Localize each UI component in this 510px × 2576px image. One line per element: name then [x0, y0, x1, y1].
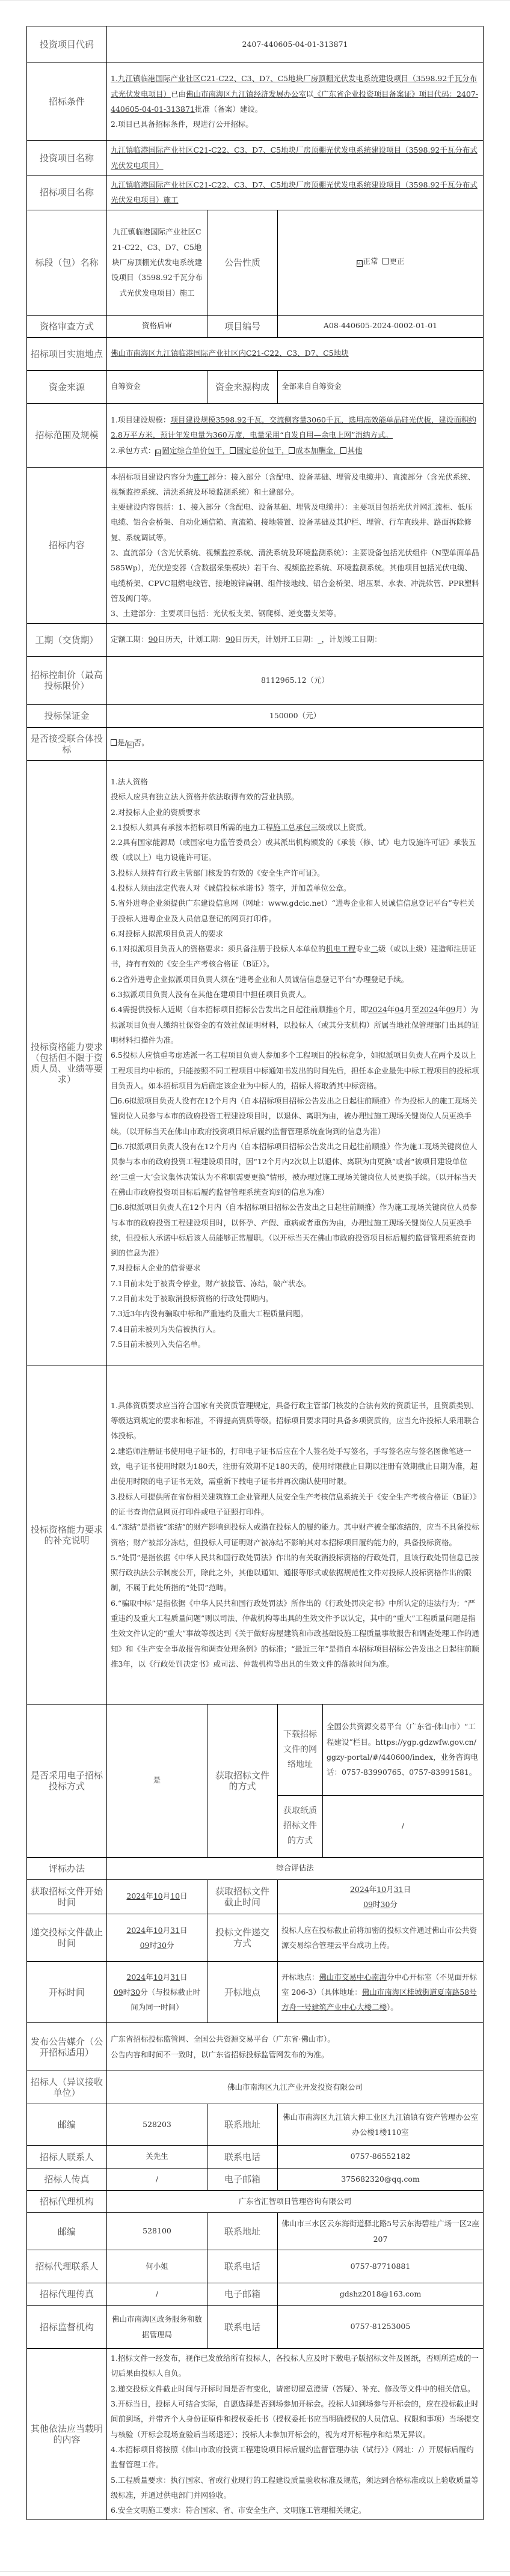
text: 级或以上资质。 [318, 823, 371, 832]
text: 7.4目前未被列为失信被执行人。 [111, 1322, 479, 1337]
row-scope: 招标范围及规模 1.项目建设规模：项目建设规模3598.92千瓦，交流侧容量30… [27, 403, 484, 467]
text: 2.对投标人企业的资质要求 [111, 805, 479, 820]
phone-value: 0757-81253005 [278, 2306, 484, 2349]
checkbox-other[interactable] [340, 447, 346, 454]
evaluation-value: 综合评估法 [107, 1857, 484, 1879]
funding-composition-value: 全部来自自筹资金 [278, 370, 484, 403]
label: 项目编号 [207, 315, 278, 337]
option-label: 固定综合单价包干， [162, 446, 230, 455]
text-line: 2.1投标人须具有承接本招标项目所需的电力工程施工总承包三级或以上资质。 [111, 820, 479, 835]
text: 6.7拟派项目负责人没有在12个月内（自本招标项目招标公告发出之日起往前顺推）作… [111, 1142, 477, 1197]
row-submission: 递交投标文件截止时间 2024年10月31日09时30分 投标文件递交方式 投标… [27, 1914, 484, 1962]
checkbox-normal[interactable]: ☑ [357, 260, 363, 267]
label: 评标办法 [27, 1857, 107, 1879]
label: 标段（包）名称 [27, 210, 107, 315]
text: 主要建设内容包括：1、接入部分（含配电、设备基础、埋管及电缆井）：主要项目包括光… [111, 499, 479, 545]
text: 6.“骗取中标”是指依据《中华人民共和国行政处罚法》所作出的《行政处罚决定书》中… [111, 1596, 479, 1671]
label: 获取招标文件截止时间 [207, 1879, 278, 1914]
tender-conditions-value: 1.九江镇临港国际产业社区C21-C22、C3、D7、C5地块厂房顶棚光伏发电系… [107, 63, 484, 141]
label: 联系地址 [207, 2213, 278, 2250]
option-label: 其他 [347, 446, 362, 455]
text: 个月，即 [338, 1005, 368, 1014]
text: 施工总承包三 [273, 823, 318, 832]
label: 招标人（异议接收单位） [27, 2071, 107, 2104]
submission-deadline: 2024年10月31日09时30分 [107, 1914, 207, 1962]
media-value: 广东省招标投标监管网、全国公共资源交易平台（广东省·佛山市）。 公告内容和时间不… [107, 2023, 484, 2071]
text: 10 [153, 1973, 163, 1982]
label: 开标时间 [27, 1962, 107, 2023]
label: 联系地址 [207, 2104, 278, 2146]
text: 10 [170, 1891, 180, 1900]
text: 6.6拟派项目负责人没有在12个月内（自本招标项目招标公告发出之日起往前顺推）作… [111, 1096, 477, 1136]
row-control-price: 招标控制价（最高投标限价） 8112965.12（元） [27, 656, 484, 704]
label: 招标范围及规模 [27, 403, 107, 467]
other-value: 1.招标文件一经发布，视作已发放给所有投标人，各投标人应及时下载电子版招标文件及… [107, 2349, 484, 2520]
postcode-value: 528100 [107, 2213, 207, 2250]
text: 5.工程质量要求：执行国家、省或行业现行的工程建设质量验收标准及规范，须达到合格… [111, 2473, 479, 2503]
row-media: 发布公告媒介（公开招标适用） 广东省招标投标监管网、全国公共资源交易平台（广东省… [27, 2023, 484, 2071]
option-label: 更正 [389, 257, 404, 266]
text: 4.投标人须由法定代表人对《诚信投标承诺书》签字，并加盖单位公章。 [111, 881, 479, 896]
electronic-value: 是 [107, 1704, 207, 1857]
row-consortium: 是否接受联合体投标 是/☑否。 [27, 727, 484, 760]
bid-bond-value: 150000（元） [107, 704, 484, 727]
text: 4.“冻结”是指被“冻结”的财产影响到投标人或潜在投标人的履约能力。其中财产被全… [111, 1519, 479, 1550]
text: ，计划竣工日期： [322, 635, 382, 644]
text: ）。 [387, 2003, 398, 2012]
text-line: 6.8拟派项目负责人在12个月内（自本招标项目招标公告发出之日起往前顺推）作为施… [111, 1200, 479, 1260]
text: 3.投标人须持有行政主管部门核发的有效的《安全生产许可证》。 [111, 865, 479, 881]
text: 90 [149, 635, 158, 644]
row-bid-bond: 投标保证金 150000（元） [27, 704, 484, 727]
text: 3、土建部分：主要项目包括：光伏板支架、钢爬梯、逆变器支架等。 [111, 606, 479, 621]
text: 机电工程 [325, 944, 355, 953]
bottom-divider [0, 2571, 510, 2572]
opening-time: 2024年10月31日09时30分（与投标截止时间为同一时间） [107, 1962, 207, 2023]
row-tenderer-contact: 招标人联系人 关先生 联系电话 0757-86552182 [27, 2146, 484, 2169]
row-qualification-notes: 投标资格能力要求的补充说明 1.具体资质要求应当符合国家有关资质管理规定，具备行… [27, 1366, 484, 1704]
text: 2024 [350, 1885, 369, 1894]
contract-mode-line: 2.承包方式：☑固定综合单价包干，固定总价包干，成本加酬金，其他 [111, 443, 479, 458]
text: 本招标项目建设内容分为 [111, 472, 194, 481]
text: 31 [394, 1885, 404, 1894]
download-address-value[interactable]: 全国公共资源交易平台（广东省·佛山市）“工程建设”栏目。https://ygp.… [323, 1704, 484, 1795]
label: 资金来源构成 [207, 370, 278, 403]
contract-options: ☑固定综合单价包干，固定总价包干，成本加酬金，其他 [155, 446, 362, 455]
row-other: 其他依法应当载明的内容 1.招标文件一经发布，视作已发放给所有投标人，各投标人应… [27, 2349, 484, 2520]
label: 投资项目代码 [27, 26, 107, 63]
row-doc-time: 获取招标文件开始时间 2024年10月10日 获取招标文件截止时间 2024年1… [27, 1879, 484, 1914]
row-qualification: 投标资格能力要求（包括但不限于资质人员、业绩等要求） 1.法人资格 投标人应具有… [27, 760, 484, 1366]
text: 1.项目建设规模： [111, 415, 170, 424]
text: 04 [395, 1005, 404, 1014]
text-line: 6.1对拟派项目负责人的资格要求：须具备注册于投标人本单位的机电工程专业二级（或… [111, 941, 479, 972]
label: 邮编 [27, 2104, 107, 2146]
text: 6 [333, 1005, 338, 1014]
row-duration: 工期（交货期） 定额工期：90日历天，计划工期：90日历天，计划开工日期：_，计… [27, 623, 484, 656]
row-tender-project-name: 招标项目名称 九江镇临港国际产业社区C21-C22、C3、D7、C5地块厂房顶棚… [27, 175, 484, 210]
label: 招标项目名称 [27, 175, 107, 210]
row-agency-contact: 招标代理联系人 何小姐 联系电话 0757-87710881 [27, 2250, 484, 2283]
phone-value: 0757-86552182 [278, 2146, 484, 2169]
content-value: 本招标项目建设内容分为施工部分：接入部分（含配电、设备基础、埋管及电缆井）、直流… [107, 467, 484, 623]
text: 2.2具有国家能源局（或国家电力监管委员会）或其派出机构颁发的《承装（修、试）电… [111, 835, 479, 865]
text: 10 [153, 1891, 163, 1900]
row-evaluation: 评标办法 综合评估法 [27, 1857, 484, 1879]
option-label: 固定总价包干， [236, 446, 289, 455]
label: 投标资格能力要求（包括但不限于资质人员、业绩等要求） [27, 760, 107, 1366]
paper-method-value: / [323, 1795, 484, 1857]
text: 专业 [355, 944, 370, 953]
text: 2024 [126, 1891, 146, 1900]
text: 佛山市南海区九江镇经济发展办公室 [186, 90, 306, 99]
text: 以 [306, 90, 314, 99]
label: 工期（交货期） [27, 623, 107, 656]
tender-project-name-value: 九江镇临港国际产业社区C21-C22、C3、D7、C5地块厂房顶棚光伏发电系统建… [111, 180, 478, 204]
text: 佛山市交易中心 [319, 1973, 372, 1982]
text: 批准（备案）建设。 [195, 105, 263, 114]
row-supervisor: 招标监督机构 佛山市南海区政务服务和数据管理局 联系电话 0757-812530… [27, 2306, 484, 2349]
text: 31 [170, 1973, 180, 1982]
text: 4.本招标项目将按照《佛山市政府投资工程建设项目标后履约监督管理办法（试行）》（… [111, 2442, 479, 2473]
label: 招标代理传真 [27, 2283, 107, 2306]
doc-end-time: 2024年10月31日09时30分 [278, 1879, 484, 1914]
text: 6.1对拟派项目负责人的资格要求：须具备注册于投标人本单位的 [111, 944, 325, 953]
text: 09 [140, 1941, 150, 1950]
notice-nature-options: ☑正常 更正 [278, 210, 484, 315]
text: 30 [131, 1988, 140, 1997]
text: 7.1目前未处于被责令停业，财产被接管、冻结，破产状态。 [111, 1276, 479, 1291]
row-investment-project-name: 投资项目名称 九江镇临港国际产业社区C21-C22、C3、D7、C5地块厂房顶棚… [27, 141, 484, 175]
text: 1.具体资质要求应当符合国家有关资质管理规定，具备行政主管部门核发的合法有效的资… [111, 1398, 479, 1444]
text: 已由 [171, 90, 186, 99]
label: 招标控制价（最高投标限价） [27, 656, 107, 704]
text: 日历天，计划工期： [158, 635, 226, 644]
row-agency: 招标代理机构 广东省汇智项目管理咨询有限公司 [27, 2191, 484, 2213]
qualification-notes-value: 1.具体资质要求应当符合国家有关资质管理规定，具备行政主管部门核发的合法有效的资… [107, 1366, 484, 1704]
row-electronic-download: 是否采用电子招标投标方式 是 获取招标文件的方式 下载招标文件的网络地址 全国公… [27, 1704, 484, 1795]
text: 6.5投标人应慎重考虑选派一名工程项目负责人参加多个工程项目的投标竞争，如拟派项… [111, 1048, 479, 1093]
text: 10 [153, 1926, 163, 1935]
row-tenderer: 招标人（异议接收单位） 佛山市南海区九江产业开发投资有限公司 [27, 2071, 484, 2104]
text: 7.5目前未被列入失信名单。 [111, 1337, 479, 1352]
tender-project-name-cell: 九江镇临港国际产业社区C21-C22、C3、D7、C5地块厂房顶棚光伏发电系统建… [107, 175, 484, 210]
row-agency-post: 邮编 528100 联系地址 佛山市三水区云东海街道驿北路5号云东海碧桂广场一区… [27, 2213, 484, 2250]
text: 7.对投标人企业的信誉要求 [111, 1260, 479, 1275]
checkbox-fixed-total-price[interactable] [230, 447, 236, 454]
option-label: 否。 [134, 738, 149, 747]
text: 2、直流部分（含光伏系统、视频监控系统、清洗系统及环境监测系统）：主要设备包括光… [111, 545, 479, 606]
checkbox-6-8[interactable] [111, 1204, 117, 1210]
fax-value: / [107, 2169, 207, 2191]
row-tender-conditions: 招标条件 1.九江镇临港国际产业社区C21-C22、C3、D7、C5地块厂房顶棚… [27, 63, 484, 141]
opening-place-value: 开标地点：佛山市交易中心南海分中心开标室（不见面开标室 206-3）（具体地址：… [278, 1962, 484, 2023]
text: 施工 [194, 472, 209, 481]
text: 6.3拟派项目负责人没有在其他在建项目中担任项目负责人。 [111, 987, 479, 1002]
label: 招标代理机构 [27, 2191, 107, 2213]
text: 2024 [126, 1926, 146, 1935]
duration-value: 定额工期：90日历天，计划工期：90日历天，计划开工日期：_，计划竣工日期： [107, 623, 484, 656]
label: 招标项目实施地点 [27, 337, 107, 370]
doc-start-time: 2024年10月10日 [107, 1879, 207, 1914]
text: 月至 [404, 1005, 419, 1014]
text: 2.承包方式： [111, 446, 155, 455]
location-cell: 佛山市南海区九江镇临港国际产业社区内C21-C22、C3、D7、C5地块 [107, 337, 484, 370]
label: 电子邮箱 [207, 2169, 278, 2191]
project-number-value: A08-440605-2024-0002-01-01 [278, 315, 484, 337]
text: 3.投标人可提供所在省份相关建筑施工企业管理人员安全生产考核信息系统关于《安全生… [111, 1489, 479, 1520]
top-divider [0, 0, 510, 1]
text: 6.安全文明施工要求：符合国家、省、市安全生产、文明施工管理相关规定。 [111, 2503, 479, 2518]
label: 投标保证金 [27, 704, 107, 727]
text: 1.招标文件一经发布，视作已发放给所有投标人，各投标人应及时下载电子版招标文件及… [111, 2351, 479, 2381]
label: 资金来源 [27, 370, 107, 403]
text: 5.省外进粤企业须提供广东建设信息网（网址：www.gdcic.net）“进粤企… [111, 896, 479, 926]
row-opening: 开标时间 2024年10月31日09时30分（与投标截止时间为同一时间） 开标地… [27, 1962, 484, 2023]
label: 资格审查方式 [27, 315, 107, 337]
text: 定额工期： [111, 635, 149, 644]
text: 2024 [419, 1005, 438, 1014]
label: 获取纸质招标文件的方式 [278, 1795, 323, 1857]
email-value[interactable]: gdshz2018@163.com [278, 2283, 484, 2306]
location-value: 佛山市南海区九江镇临港国际产业社区内C21-C22、C3、D7、C5地块 [111, 349, 349, 358]
label: 招标代理联系人 [27, 2250, 107, 2283]
text: 6.对投标人拟派项目负责人的要求 [111, 926, 479, 941]
text-line: 6.7拟派项目负责人没有在12个月内（自本招标项目招标公告发出之日起往前顺推）作… [111, 1139, 479, 1200]
row-tenderer-fax: 招标人传真 / 电子邮箱 375682320@qq.com [27, 2169, 484, 2191]
text: 2.1投标人须具有承接本招标项目所需的 [111, 823, 243, 832]
contact-value: 何小姐 [107, 2250, 207, 2283]
lot-name-value: 九江镇临港国际产业社区C21-C22、C3、D7、C5地块厂房顶棚光伏发电系统建… [107, 210, 207, 315]
text: 6.2省外进粤企业拟派项目负责人须在“进粤企业和人员诚信信息登记平台”办理登记手… [111, 972, 479, 987]
text: 日历天，计划开工日期： [235, 635, 318, 644]
text: 6.8拟派项目负责人在12个月内（自本招标项目招标公告发出之日起往前顺推）作为施… [111, 1203, 477, 1257]
row-lot-name: 标段（包）名称 九江镇临港国际产业社区C21-C22、C3、D7、C5地块厂房顶… [27, 210, 484, 315]
text: 开标地点： [281, 1973, 319, 1982]
label: 投标文件递交方式 [207, 1914, 278, 1962]
label: 招标内容 [27, 467, 107, 623]
label: 获取招标文件开始时间 [27, 1879, 107, 1914]
text: 2.项目已具备招标条件，现进行公开招标。 [111, 117, 479, 132]
text: 10 [376, 1885, 386, 1894]
agency-value: 广东省汇智项目管理咨询有限公司 [107, 2191, 484, 2213]
text: 广东省招标投标监管网、全国公共资源交易平台（广东省·佛山市）。 [111, 2031, 479, 2046]
text: 电力 [243, 823, 258, 832]
label: 投资项目名称 [27, 141, 107, 175]
label: 获取招标文件的方式 [207, 1704, 278, 1857]
text: 6.4需提供投标人近期（自本招标项目招标公告发出之日起往前顺推 [111, 1005, 333, 1014]
postcode-value: 528203 [107, 2104, 207, 2146]
text: 二 [370, 944, 378, 953]
text: 09 [114, 1988, 123, 1997]
text: 2.递交投标文件截止时间与开标时间是否有变化，请密切留意澄清（答疑）、补充、修改… [111, 2381, 479, 2396]
label: 联系电话 [207, 2250, 278, 2283]
row-tenderer-post: 邮编 528203 联系地址 佛山市南海区九江镇大伸工业区九江镇镇有资产管理办公… [27, 2104, 484, 2146]
text: 1.法人资格 [111, 774, 479, 789]
label: 是否接受联合体投标 [27, 727, 107, 760]
label: 招标人传真 [27, 2169, 107, 2191]
text: 7.2目前未处于被取消投标资格的行政处罚期内。 [111, 1291, 479, 1306]
text: 年 [387, 1005, 395, 1014]
option-label: 成本加酬金， [295, 446, 340, 455]
label: 下载招标文件的网络地址 [278, 1704, 323, 1795]
text: 5.“处罚”是指依据《中华人民共和国行政处罚法》作出的有关取消投标资格的行政处罚… [111, 1550, 479, 1596]
label: 电子邮箱 [207, 2283, 278, 2306]
label: 开标地点 [207, 1962, 278, 2023]
text: 30 [157, 1941, 167, 1950]
text: 09 [363, 1900, 373, 1909]
tender-notice-table: 投资项目代码 2407-440605-04-01-313871 招标条件 1.九… [26, 26, 484, 2520]
checkbox-cost-plus[interactable] [289, 447, 295, 454]
text: 2024 [126, 1973, 146, 1982]
consortium-options: 是/☑否。 [107, 727, 484, 760]
option-label: 是/ [117, 738, 127, 747]
text-line: 6.4需提供投标人近期（自本招标项目招标公告发出之日起往前顺推6个月，即2024… [111, 1002, 479, 1048]
checkbox-no[interactable]: ☑ [127, 742, 134, 748]
text: 投标人应具有独立法人资格并依法取得有效的营业执照。 [111, 789, 479, 804]
supervisor-value: 佛山市南海区政务服务和数据管理局 [107, 2306, 207, 2349]
text: 7.3近3年内没有骗取中标和严重违约及重大工程质量问题。 [111, 1306, 479, 1321]
label: 招标监督机构 [27, 2306, 107, 2349]
row-location: 招标项目实施地点 佛山市南海区九江镇临港国际产业社区内C21-C22、C3、D7… [27, 337, 484, 370]
text: 年 [438, 1005, 446, 1014]
label: 联系电话 [207, 2146, 278, 2169]
label: 联系电话 [207, 2306, 278, 2349]
row-qualification-review: 资格审查方式 资格后审 项目编号 A08-440605-2024-0002-01… [27, 315, 484, 337]
checkbox-6-7[interactable] [111, 1143, 117, 1150]
text: 30 [381, 1900, 390, 1909]
row-funding: 资金来源 自筹资金 资金来源构成 全部来自自筹资金 [27, 370, 484, 403]
fax-value: / [107, 2283, 207, 2306]
investment-project-name-value: 九江镇临港国际产业社区C21-C22、C3、D7、C5地块厂房顶棚光伏发电系统建… [111, 145, 478, 169]
text: 工程 [258, 823, 273, 832]
label: 发布公告媒介（公开招标适用） [27, 2023, 107, 2071]
email-value[interactable]: 375682320@qq.com [278, 2169, 484, 2191]
address-value: 佛山市三水区云东海街道驿北路5号云东海碧桂广场一区2座207 [278, 2213, 484, 2250]
text: 3.开标当日，投标人可结合实际，自愿选择是否到场参加开标会。投标人如到场参与开标… [111, 2396, 479, 2442]
text: 2024 [368, 1005, 387, 1014]
option-label: 正常 [363, 257, 378, 266]
contact-value: 关先生 [107, 2146, 207, 2169]
control-price-value: 8112965.12（元） [107, 656, 484, 704]
address-value: 佛山市南海区九江镇大伸工业区九江镇镇有资产管理办公室办公楼1楼110室 [278, 2104, 484, 2146]
text: 09 [446, 1005, 455, 1014]
label: 投标资格能力要求的补充说明 [27, 1366, 107, 1704]
checkbox-fixed-unit-price[interactable]: ☑ [155, 450, 161, 456]
scope-value: 1.项目建设规模：项目建设规模3598.92千瓦，交流侧容量3060千瓦，选用高… [107, 403, 484, 467]
text: 公告内容和时间不一致时，以广东省招标投标监管网发布的为准。 [111, 2047, 479, 2062]
checkbox-yes[interactable] [111, 739, 117, 746]
text: （与投标截止时间为同一时间） [131, 1988, 200, 2012]
checkbox-6-6[interactable] [111, 1097, 117, 1104]
qualification-value: 1.法人资格 投标人应具有独立法人资格并依法取得有效的营业执照。 2.对投标人企… [107, 760, 484, 1366]
label: 邮编 [27, 2213, 107, 2250]
label: 招标人联系人 [27, 2146, 107, 2169]
label: 公告性质 [207, 210, 278, 315]
investment-project-name-cell: 九江镇临港国际产业社区C21-C22、C3、D7、C5地块厂房顶棚光伏发电系统建… [107, 141, 484, 175]
phone-value: 0757-87710881 [278, 2250, 484, 2283]
checkbox-correction[interactable] [382, 258, 389, 264]
text: 31 [170, 1926, 180, 1935]
row-content: 招标内容 本招标项目建设内容分为施工部分：接入部分（含配电、设备基础、埋管及电缆… [27, 467, 484, 623]
project-code-value: 2407-440605-04-01-313871 [107, 26, 484, 63]
label: 招标条件 [27, 63, 107, 141]
qualification-review-value: 资格后审 [107, 315, 207, 337]
text: 2.建造师注册证书使用电子证书的，打印电子证书后应在个人签名处手写签名，手写签名… [111, 1444, 479, 1489]
label: 是否采用电子招标投标方式 [27, 1704, 107, 1857]
submission-method-value: 投标人应在投标截止前将加密的投标文件通过佛山市公共资源交易综合管理云平台成功上传… [278, 1914, 484, 1962]
label: 其他依法应当载明的内容 [27, 2349, 107, 2520]
funding-value: 自筹资金 [107, 370, 207, 403]
row-agency-fax: 招标代理传真 / 电子邮箱 gdshz2018@163.com [27, 2283, 484, 2306]
tenderer-value: 佛山市南海区九江产业开发投资有限公司 [107, 2071, 484, 2104]
text: 南海 [372, 1973, 387, 1982]
label: 递交投标文件截止时间 [27, 1914, 107, 1962]
text-line: 6.6拟派项目负责人没有在12个月内（自本招标项目招标公告发出之日起往前顺推）作… [111, 1093, 479, 1139]
text: 90 [226, 635, 235, 644]
row-project-code: 投资项目代码 2407-440605-04-01-313871 [27, 26, 484, 63]
